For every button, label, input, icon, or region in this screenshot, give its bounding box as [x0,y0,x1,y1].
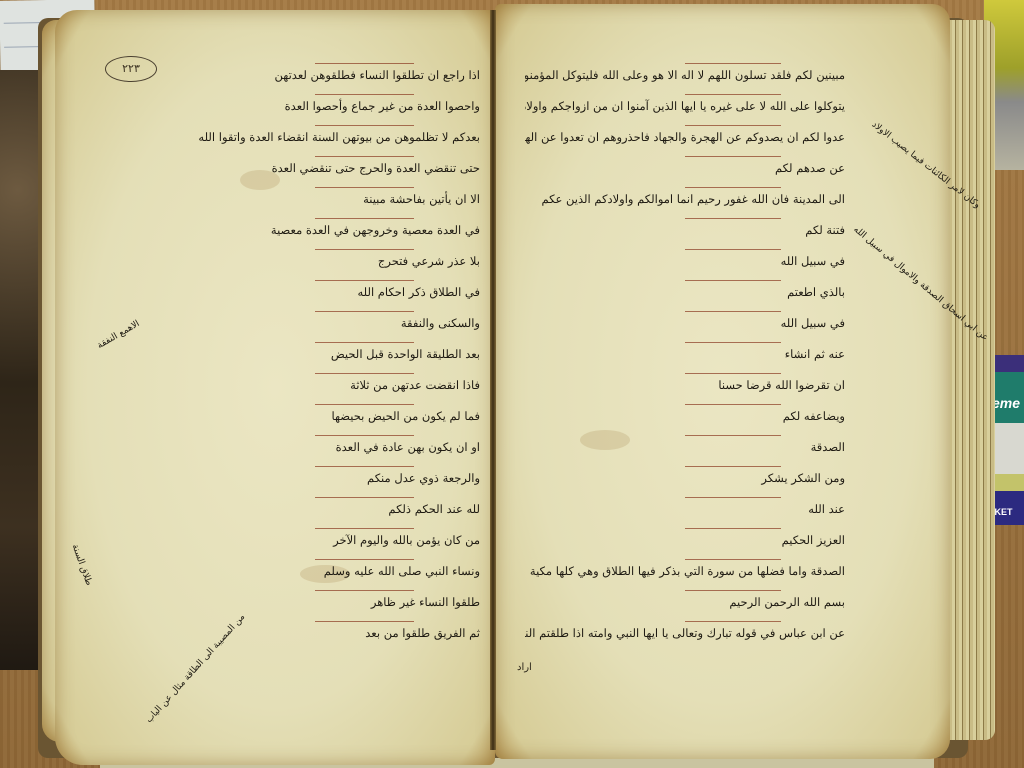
text-line: بعد الطليقة الواحدة قبل الحيض [150,339,480,370]
catchword: اراد [517,662,532,673]
text-line: لله عند الحكم ذلكم [150,494,480,525]
text-line: ثم الفريق طلقوا من بعد [150,618,480,649]
text-line: بعدكم لا تظلموهن من بيوتهن السنة انقضاء … [150,122,480,153]
text-line: الصدقة واما فضلها من سورة التي بذكر فيها… [525,556,845,587]
text-line: في العدة معصية وخروجهن في العدة معصية [150,215,480,246]
page-edge-stack [945,20,995,740]
text-line: عنه ثم انشاء [525,339,845,370]
text-line: حتى تنقضي العدة والحرج حتى تنقضي العدة [150,153,480,184]
basmala-line: بسم الله الرحمن الرحيم [525,587,845,618]
text-line: الا ان يأتين بفاحشة مبينة [150,184,480,215]
text-line: العزيز الحكيم [525,525,845,556]
text-line: فاذا انقضت عدتهن من ثلاثة [150,370,480,401]
text-line: يتوكلوا على الله لا على غيره يا ايها الذ… [525,91,845,122]
text-line: او ان يكون بهن عادة في العدة [150,432,480,463]
text-line: عن ابن عباس في قوله تبارك وتعالى يا ايها… [525,618,845,649]
text-line: عن صدهم لكم [525,153,845,184]
text-line: واحصوا العدة من غير جماع وأحصوا العدة [150,91,480,122]
text-line: في سبيل الله [525,246,845,277]
text-line: اذا راجع ان تطلقوا النساء فطلقوهن لعدتهن [150,60,480,91]
text-line: طلقوا النساء غير ظاهر [150,587,480,618]
text-line: في سبيل الله [525,308,845,339]
text-line: عند الله [525,494,845,525]
packaging-brand: eme [992,395,1020,411]
text-line: الصدقة [525,432,845,463]
text-line: الى المدينة فان الله غفور رحيم انما اموا… [525,184,845,215]
text-line: ان تقرضوا الله قرضا حسنا [525,370,845,401]
text-line: فتنة لكم [525,215,845,246]
text-line: بالذي اطعتم [525,277,845,308]
text-line: ويضاعفه لكم [525,401,845,432]
text-line: ومن الشكر يشكر [525,463,845,494]
text-line: عدوا لكم ان يصدوكم عن الهجرة والجهاد فاح… [525,122,845,153]
text-line: من كان يؤمن بالله واليوم الآخر [150,525,480,556]
left-page-text: اذا راجع ان تطلقوا النساء فطلقوهن لعدتهن… [150,60,480,649]
right-page-text: مبينين لكم فلقد تسلون اللهم لا اله الا ه… [525,60,845,649]
text-line: في الطلاق ذكر احكام الله [150,277,480,308]
text-line: ونساء النبي صلى الله عليه وسلم [150,556,480,587]
text-line: مبينين لكم فلقد تسلون اللهم لا اله الا ه… [525,60,845,91]
text-line: والسكنى والنفقة [150,308,480,339]
text-line: فما لم يكون من الحيض بحيضها [150,401,480,432]
text-line: والرجعة ذوي عدل منكم [150,463,480,494]
text-line: بلا عذر شرعي فتحرج [150,246,480,277]
book-gutter [490,10,496,750]
